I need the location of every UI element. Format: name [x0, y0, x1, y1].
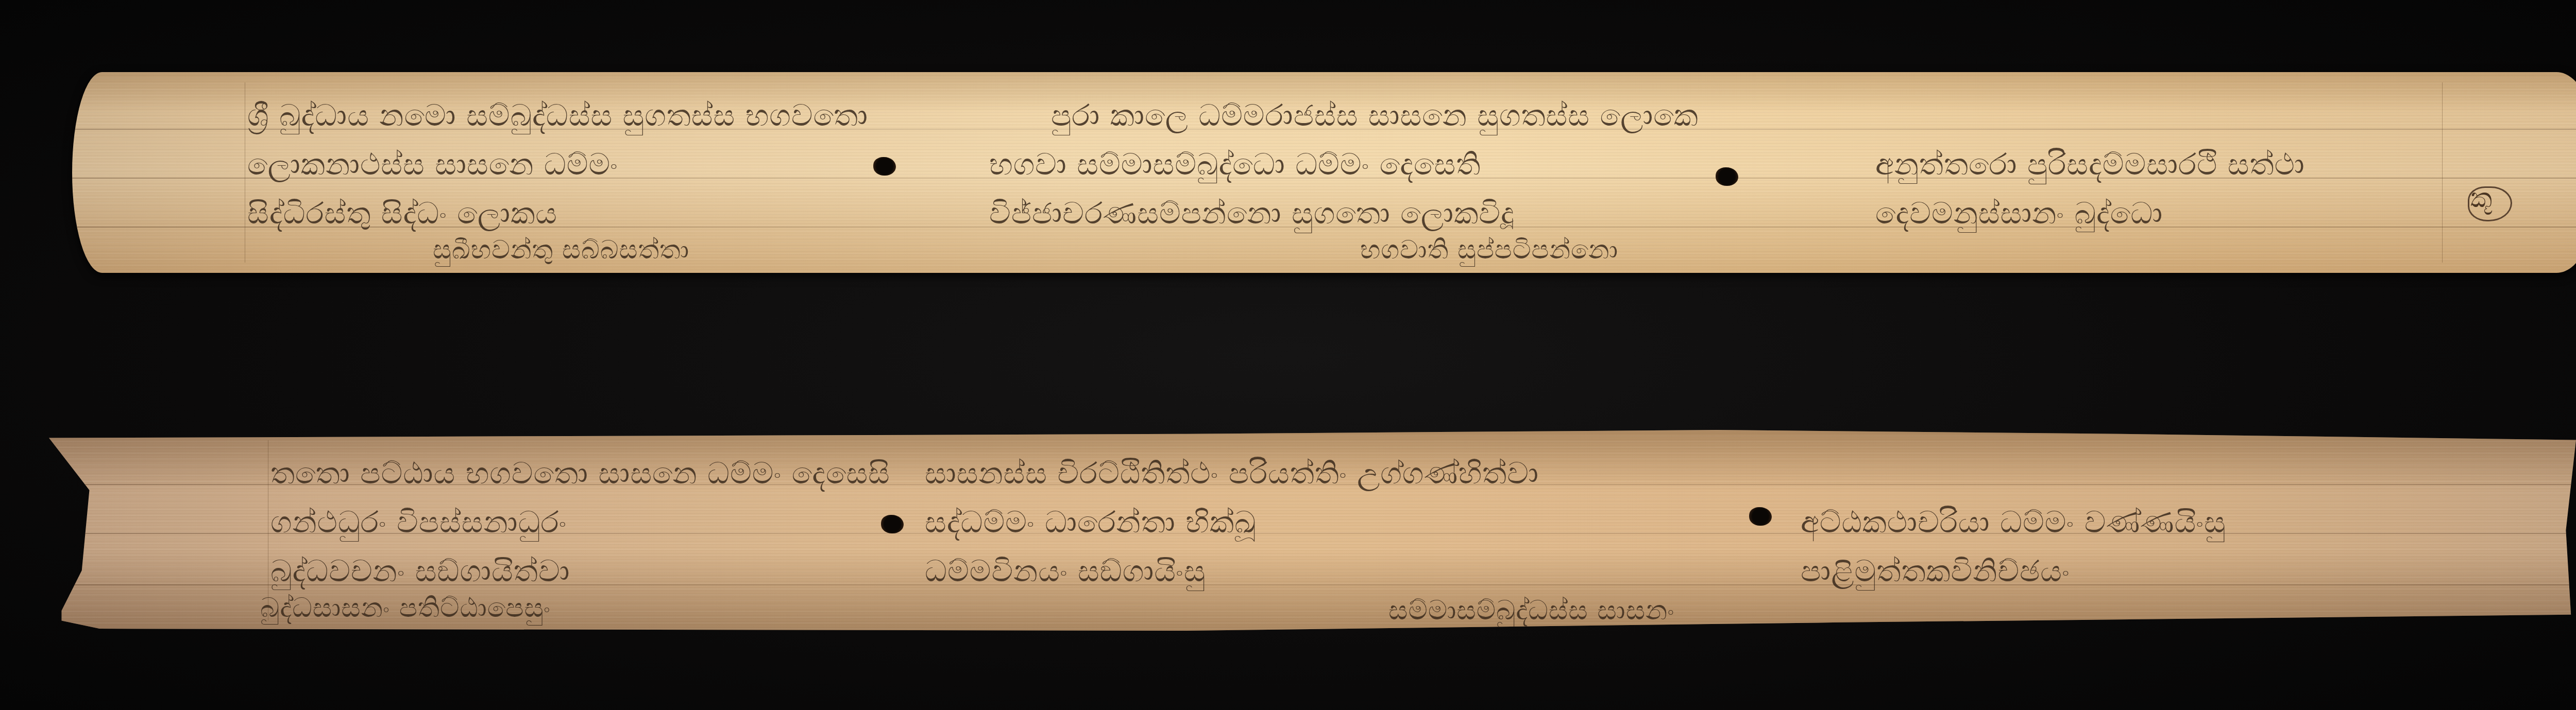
- string-hole: [881, 515, 904, 533]
- manuscript-text-line: සද්ධම්මං ධාරෙන්තා භික්ඛූ: [925, 507, 1257, 537]
- manuscript-text-line: අට්ඨකථාචරියා ධම්මං වණ්ණයිංසු: [1801, 507, 2226, 537]
- palm-leaf-folio-bottom: තතො පට්ඨාය භගවතො සාසනෙ ධම්මං දෙසෙසි ගන්ථ…: [49, 430, 2576, 631]
- manuscript-text-line: පාළිමුත්තකවිනිච්ඡයං: [1801, 556, 2070, 586]
- manuscript-text-line: ලොකනාථස්ස සාසනෙ ධම්මං: [247, 149, 618, 179]
- palm-leaf-folio-top: ශ්‍රී බුද්ධාය නමො සම්බුද්ධස්ස සුගතස්ස භග…: [72, 72, 2576, 273]
- manuscript-text-line: දෙවමනුස්සානං බුද්ධො: [1875, 198, 2163, 228]
- manuscript-text-line: අනුත්තරො පුරිසදම්මසාරථි සත්ථා: [1875, 149, 2305, 179]
- manuscript-text-line: සිද්ධිරස්තු සිද්ධං ලොකය: [247, 198, 557, 228]
- string-hole: [1749, 507, 1772, 526]
- manuscript-text-line: භගවාති සුප්පටිපන්නො: [1360, 237, 1618, 263]
- manuscript-text-line: ගන්ථධුරං විපස්සනාධුරං: [270, 507, 567, 537]
- string-hole: [873, 157, 896, 176]
- manuscript-text-line: තතො පට්ඨාය භගවතො සාසනෙ ධම්මං දෙසෙසි: [270, 458, 890, 488]
- folio-number-text: කූ: [2470, 183, 2492, 214]
- manuscript-text-line: සුඛීභවන්තු සබ්බසත්තා: [433, 237, 689, 263]
- manuscript-text-line: පුරා කාලෙ ධම්මරාජස්ස සාසනෙ සුගතස්ස ලොකෙ: [1051, 100, 1699, 130]
- manuscript-text-line: බුද්ධසාසනං පතිට්ඨාපෙසුං: [260, 595, 551, 621]
- manuscript-text-line: ධම්මවිනයං සඞ්ගායිංසු: [925, 556, 1206, 586]
- manuscript-text-line: බුද්ධවචනං සඞ්ගායිත්වා: [270, 556, 570, 586]
- right-margin-rule: [2442, 82, 2443, 263]
- manuscript-text-line: භගවා සම්මාසම්බුද්ධො ධම්මං දෙසෙති: [989, 149, 1481, 179]
- manuscript-text-line: සාසනස්ස චිරට්ඨිතිත්ථං පරියත්තිං උග්ගණ්හි…: [925, 458, 1539, 488]
- manuscript-text-line: විජ්ජාචරණසම්පන්නො සුගතො ලොකවිදූ: [989, 198, 1515, 228]
- manuscript-text-line: සම්මාසම්බුද්ධස්ස සාසනං: [1388, 597, 1674, 624]
- left-margin-rule: [245, 82, 245, 263]
- string-hole: [1716, 167, 1738, 186]
- manuscript-text-line: ශ්‍රී බුද්ධාය නමො සම්බුද්ධස්ස සුගතස්ස භග…: [247, 100, 868, 130]
